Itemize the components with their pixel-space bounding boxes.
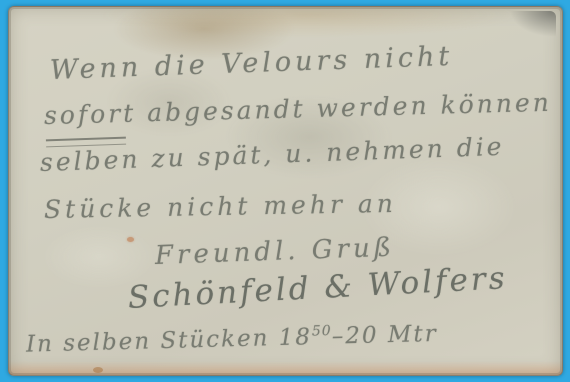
- postcard-scan: Wenn die Velours nicht sofort abgesandt …: [0, 0, 570, 382]
- paper-corner-wear: [510, 11, 556, 37]
- paper-stain: [127, 237, 134, 242]
- handwriting-line-4: Stücke nicht mehr an: [44, 189, 397, 224]
- paper-stain: [93, 367, 103, 373]
- footer-superscript: 50: [312, 323, 332, 340]
- footer-text-suffix: –20 Mtr: [331, 321, 438, 350]
